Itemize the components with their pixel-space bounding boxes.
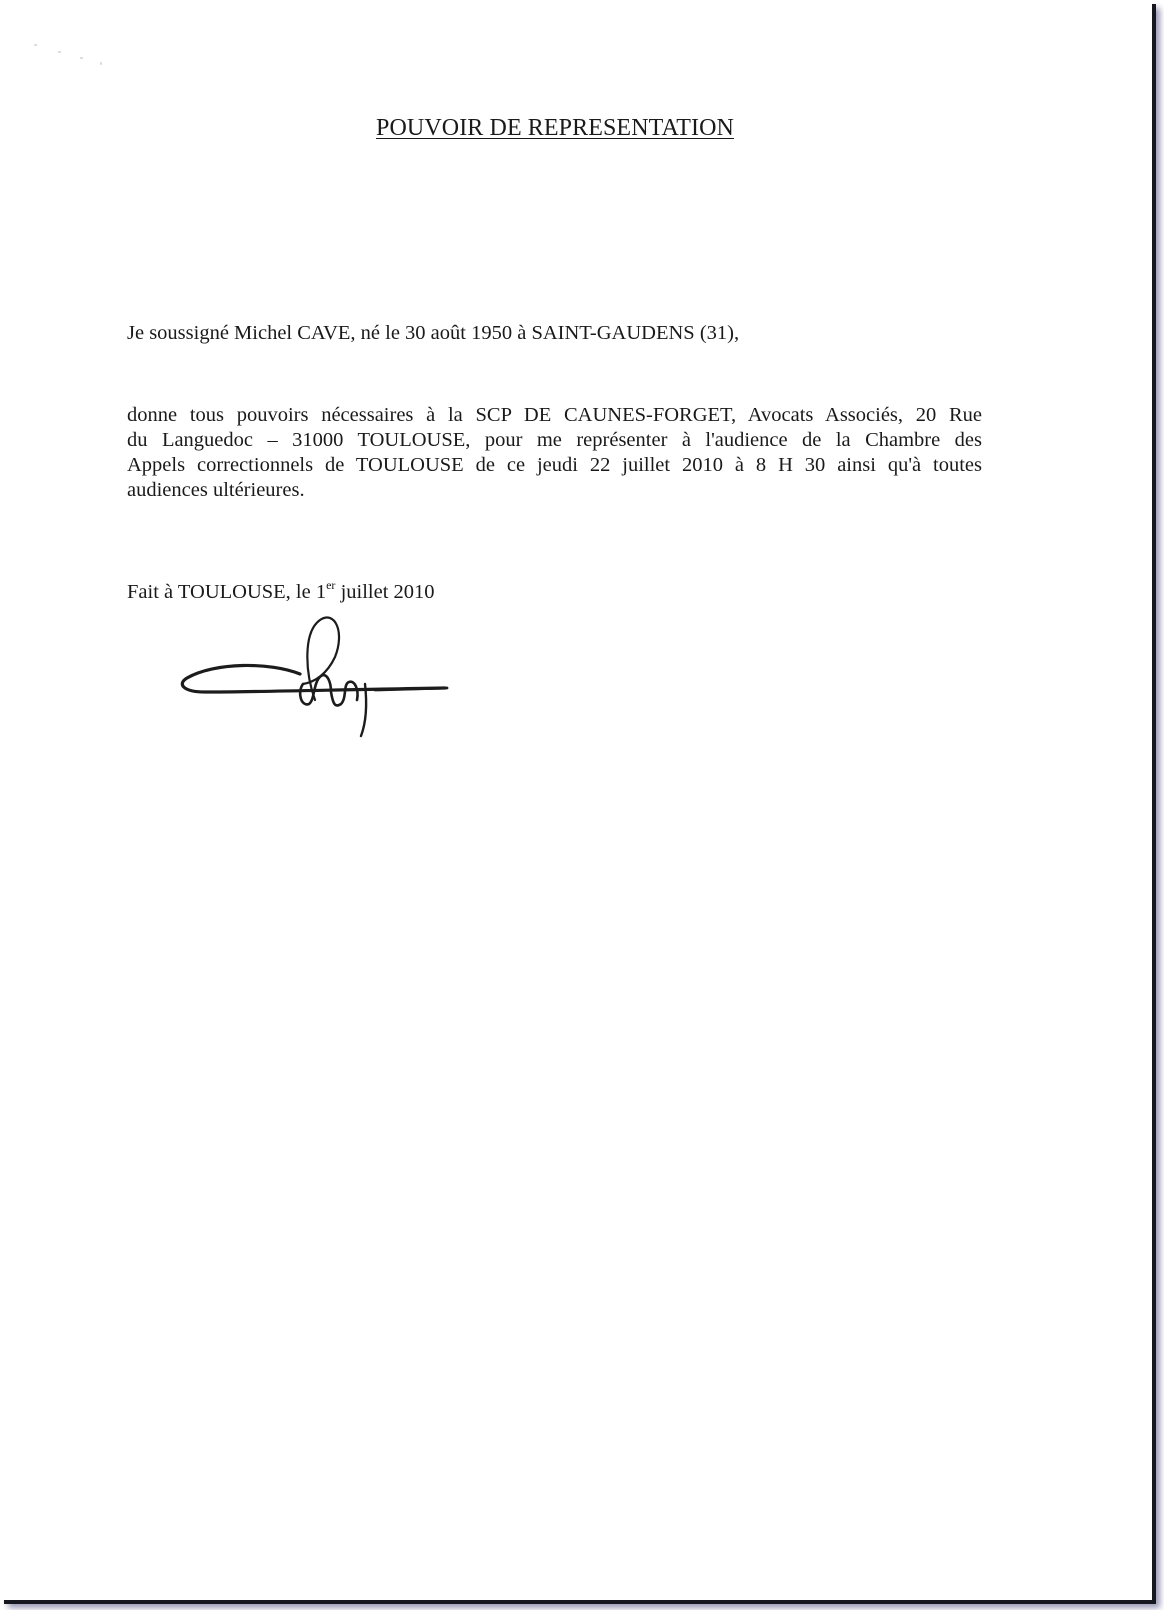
paragraph-line: donne tous pouvoirs nécessaires à la SCP… xyxy=(127,403,982,428)
place-date-prefix: Fait à TOULOUSE, le 1 xyxy=(127,581,326,603)
paragraph-line: Appels correctionnels de TOULOUSE de ce … xyxy=(127,453,982,478)
declarant-statement: Je soussigné Michel CAVE, né le 30 août … xyxy=(127,322,739,345)
document-title: POUVOIR DE REPRESENTATION xyxy=(0,115,1110,142)
place-date-suffix: juillet 2010 xyxy=(335,581,434,603)
mandate-paragraph: donne tous pouvoirs nécessaires à la SCP… xyxy=(127,403,982,503)
document-page: POUVOIR DE REPRESENTATION Je soussigné M… xyxy=(0,0,1152,1600)
place-and-date: Fait à TOULOUSE, le 1er juillet 2010 xyxy=(127,581,435,604)
paragraph-line: du Languedoc – 31000 TOULOUSE, pour me r… xyxy=(127,428,982,453)
signature-icon xyxy=(175,612,455,742)
paragraph-line: audiences ultérieures. xyxy=(127,478,982,503)
